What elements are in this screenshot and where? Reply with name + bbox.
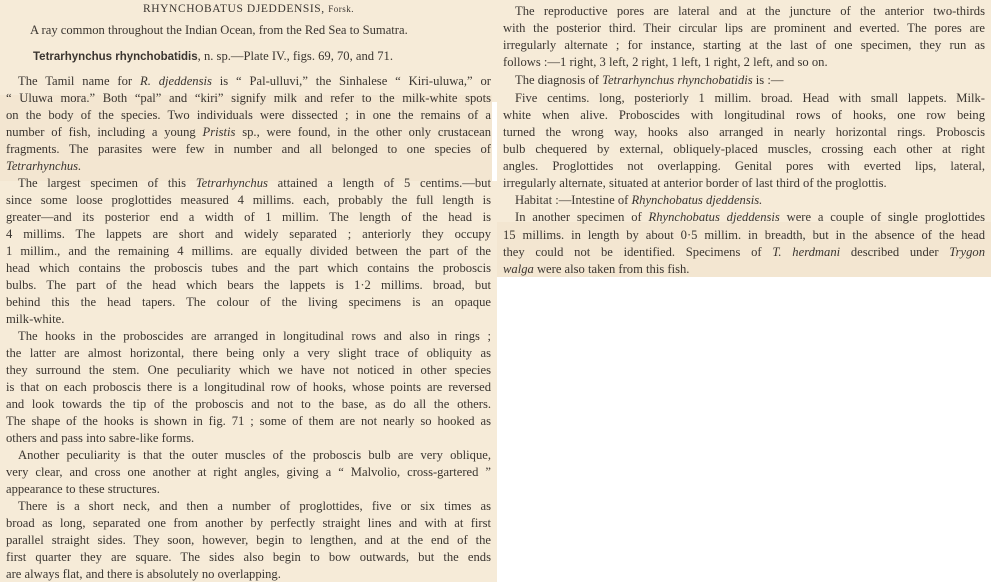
text-line: irregularly alternate ; for instance, st… xyxy=(503,37,985,54)
text-line: white when alive. Proboscides with longi… xyxy=(503,107,985,124)
italic-term: R. djeddensis xyxy=(140,74,212,88)
species-heading-rest: , n. sp.—Plate IV., figs. 69, 70, and 71… xyxy=(198,49,393,63)
species-heading: Tetrarhynchus rhynchobatidis, n. sp.—Pla… xyxy=(33,48,491,65)
text-run: The diagnosis of xyxy=(515,73,602,87)
italic-term: walga xyxy=(503,262,534,276)
text-line: with the posterior third. Their circular… xyxy=(503,20,985,37)
text-line: milk-white. xyxy=(6,311,491,328)
text-run: white when alive. Proboscides with longi… xyxy=(503,108,985,122)
italic-term: Rhynchobatus djeddensis. xyxy=(631,193,762,207)
text-run: broad as long, separated one from anothe… xyxy=(6,516,491,530)
text-run: is that on each proboscis there is a lon… xyxy=(6,380,491,394)
text-line: very clear, and cross one another at rig… xyxy=(6,464,491,481)
text-line: others and pass into sabre-like forms. xyxy=(6,430,491,447)
text-run: There is a short neck, and then a number… xyxy=(18,499,491,513)
text-run: The shape of the hooks is shown in fig. … xyxy=(6,414,491,428)
text-line: they surround the stem. One peculiarity … xyxy=(6,362,491,379)
text-line: and look towards the tip of the probosci… xyxy=(6,396,491,413)
species-title: RHYNCHOBATUS DJEDDENSIS, Forsk. xyxy=(6,1,491,18)
text-run: The reproductive pores are lateral and a… xyxy=(515,4,985,18)
text-line: 1 millim., and the remaining 4 millims. … xyxy=(6,243,491,260)
text-line: follows :—1 right, 3 left, 2 right, 1 le… xyxy=(503,54,985,71)
text-line: “ Uluwa mora.” Both “pal” and “kiri” sig… xyxy=(6,90,491,107)
text-run: appearance to these structures. xyxy=(6,482,160,496)
italic-term: Trygon xyxy=(949,245,985,259)
text-line: walga were also taken from this fish. xyxy=(503,261,985,278)
text-line: bulb chequered by external, obliquely-pl… xyxy=(503,141,985,158)
italic-term: Tetrarhynchus rhynchobatidis xyxy=(602,73,753,87)
text-line: behind this the head tapers. The colour … xyxy=(6,294,491,311)
text-run: is :— xyxy=(753,73,784,87)
text-run: 4 millims. The lappets are short and wid… xyxy=(6,227,491,241)
italic-term: T. herdmani xyxy=(772,245,840,259)
text-run: angles. Proglottides not overlapping. Ge… xyxy=(503,159,985,173)
text-run: with the posterior third. Their circular… xyxy=(503,21,985,35)
text-line: The diagnosis of Tetrarhynchus rhynchoba… xyxy=(515,72,985,89)
italic-term: Tetrarhynchus xyxy=(196,176,268,190)
text-run: 15 millims. in length by about 0·5 milli… xyxy=(503,228,985,242)
text-line: The Tamil name for R. djeddensis is “ Pa… xyxy=(18,73,491,90)
text-line: 4 millims. The lappets are short and wid… xyxy=(6,226,491,243)
text-run: bulb chequered by external, obliquely-pl… xyxy=(503,142,985,156)
text-run: they could not be identified. Specimens … xyxy=(503,245,772,259)
text-run: sp., were found, in the other only crust… xyxy=(235,125,491,139)
text-run: described under xyxy=(840,245,949,259)
text-line: parallel straight sides. They soon, howe… xyxy=(6,532,491,549)
text-line: The shape of the hooks is shown in fig. … xyxy=(6,413,491,430)
text-run: first quarter they are square. The sides… xyxy=(6,550,491,564)
text-run: turned the wrong way, hooks also arrange… xyxy=(503,125,985,139)
text-line: is that on each proboscis there is a lon… xyxy=(6,379,491,396)
text-run: very clear, and cross one another at rig… xyxy=(6,465,491,479)
text-line: first quarter they are square. The sides… xyxy=(6,549,491,566)
text-run: The hooks in the proboscides are arrange… xyxy=(18,329,491,343)
text-run: were a couple of single proglottides xyxy=(780,210,985,224)
text-run: bulbs. The part of the head which bears … xyxy=(6,278,491,292)
right-column-body: The reproductive pores are lateral and a… xyxy=(497,0,991,277)
text-line: the latter are almost horizontal, there … xyxy=(6,345,491,362)
text-line: irregularly alternate, situated at anter… xyxy=(503,175,985,192)
text-line: turned the wrong way, hooks also arrange… xyxy=(503,124,985,141)
text-line: are always flat, and there is absolutely… xyxy=(6,566,491,582)
text-run: milk-white. xyxy=(6,312,64,326)
text-line: fragments. The parasites were few in num… xyxy=(6,141,491,158)
text-line: angles. Proglottides not overlapping. Ge… xyxy=(503,158,985,175)
text-line: 15 millims. in length by about 0·5 milli… xyxy=(503,227,985,244)
text-run: “ Uluwa mora.” Both “pal” and “kiri” sig… xyxy=(6,91,491,105)
text-run: parallel straight sides. They soon, howe… xyxy=(6,533,491,547)
italic-term: Pristis xyxy=(203,125,236,139)
text-run: The Tamil name for xyxy=(18,74,140,88)
text-line: greater—and its posterior end a width of… xyxy=(6,209,491,226)
text-line: number of fish, including a young Pristi… xyxy=(6,124,491,141)
intro-line: A ray common throughout the Indian Ocean… xyxy=(30,22,491,39)
text-run: Another peculiarity is that the outer mu… xyxy=(18,448,491,462)
text-run: on the body of the species. Two individu… xyxy=(6,108,491,122)
left-column-body: The Tamil name for R. djeddensis is “ Pa… xyxy=(0,67,497,582)
text-run: Five centims. long, posteriorly 1 millim… xyxy=(515,91,985,105)
text-line: since some loose proglottides measured 4… xyxy=(6,192,491,209)
text-run: The largest specimen of this xyxy=(18,176,196,190)
text-run: Habitat :—Intestine of xyxy=(515,193,631,207)
text-line: In another specimen of Rhynchobatus djed… xyxy=(515,209,985,226)
text-line: broad as long, separated one from anothe… xyxy=(6,515,491,532)
text-line: There is a short neck, and then a number… xyxy=(18,498,491,515)
species-author: Forsk. xyxy=(328,4,354,14)
italic-term: Tetrarhynchus. xyxy=(6,159,81,173)
text-line: head which contains the proboscis tubes … xyxy=(6,260,491,277)
text-run: greater—and its posterior end a width of… xyxy=(6,210,491,224)
text-run: 1 millim., and the remaining 4 millims. … xyxy=(6,244,491,258)
text-line: Another peculiarity is that the outer mu… xyxy=(18,447,491,464)
text-line: Habitat :—Intestine of Rhynchobatus djed… xyxy=(515,192,985,209)
text-run: fragments. The parasites were few in num… xyxy=(6,142,491,156)
text-line: The largest specimen of this Tetrarhynch… xyxy=(18,175,491,192)
text-line: The reproductive pores are lateral and a… xyxy=(515,3,985,20)
text-run: number of fish, including a young xyxy=(6,125,203,139)
species-name: Tetrarhynchus rhynchobatidis xyxy=(33,51,198,63)
species-title-text: RHYNCHOBATUS DJEDDENSIS, xyxy=(143,3,325,15)
text-line: The hooks in the proboscides are arrange… xyxy=(18,328,491,345)
text-line: they could not be identified. Specimens … xyxy=(503,244,985,261)
text-line: appearance to these structures. xyxy=(6,481,491,498)
text-run: is “ Pal-ulluvi,” the Sinhalese “ Kiri-u… xyxy=(212,74,491,88)
text-line: Tetrarhynchus. xyxy=(6,158,491,175)
text-run: since some loose proglottides measured 4… xyxy=(6,193,491,207)
text-run: and look towards the tip of the probosci… xyxy=(6,397,491,411)
text-run: follows :—1 right, 3 left, 2 right, 1 le… xyxy=(503,55,828,69)
text-run: attained a length of 5 centims.—but xyxy=(268,176,491,190)
text-run: they surround the stem. One peculiarity … xyxy=(6,363,491,377)
text-run: head which contains the proboscis tubes … xyxy=(6,261,491,275)
text-run: irregularly alternate ; for instance, st… xyxy=(503,38,985,52)
text-run: are always flat, and there is absolutely… xyxy=(6,567,281,581)
italic-term: Rhynchobatus djeddensis xyxy=(649,210,780,224)
text-run: were also taken from this fish. xyxy=(534,262,690,276)
text-line: bulbs. The part of the head which bears … xyxy=(6,277,491,294)
text-run: the latter are almost horizontal, there … xyxy=(6,346,491,360)
text-run: irregularly alternate, situated at anter… xyxy=(503,176,887,190)
text-run: In another specimen of xyxy=(515,210,649,224)
text-run: others and pass into sabre-like forms. xyxy=(6,431,194,445)
text-line: Five centims. long, posteriorly 1 millim… xyxy=(515,90,985,107)
text-run: behind this the head tapers. The colour … xyxy=(6,295,491,309)
text-line: on the body of the species. Two individu… xyxy=(6,107,491,124)
